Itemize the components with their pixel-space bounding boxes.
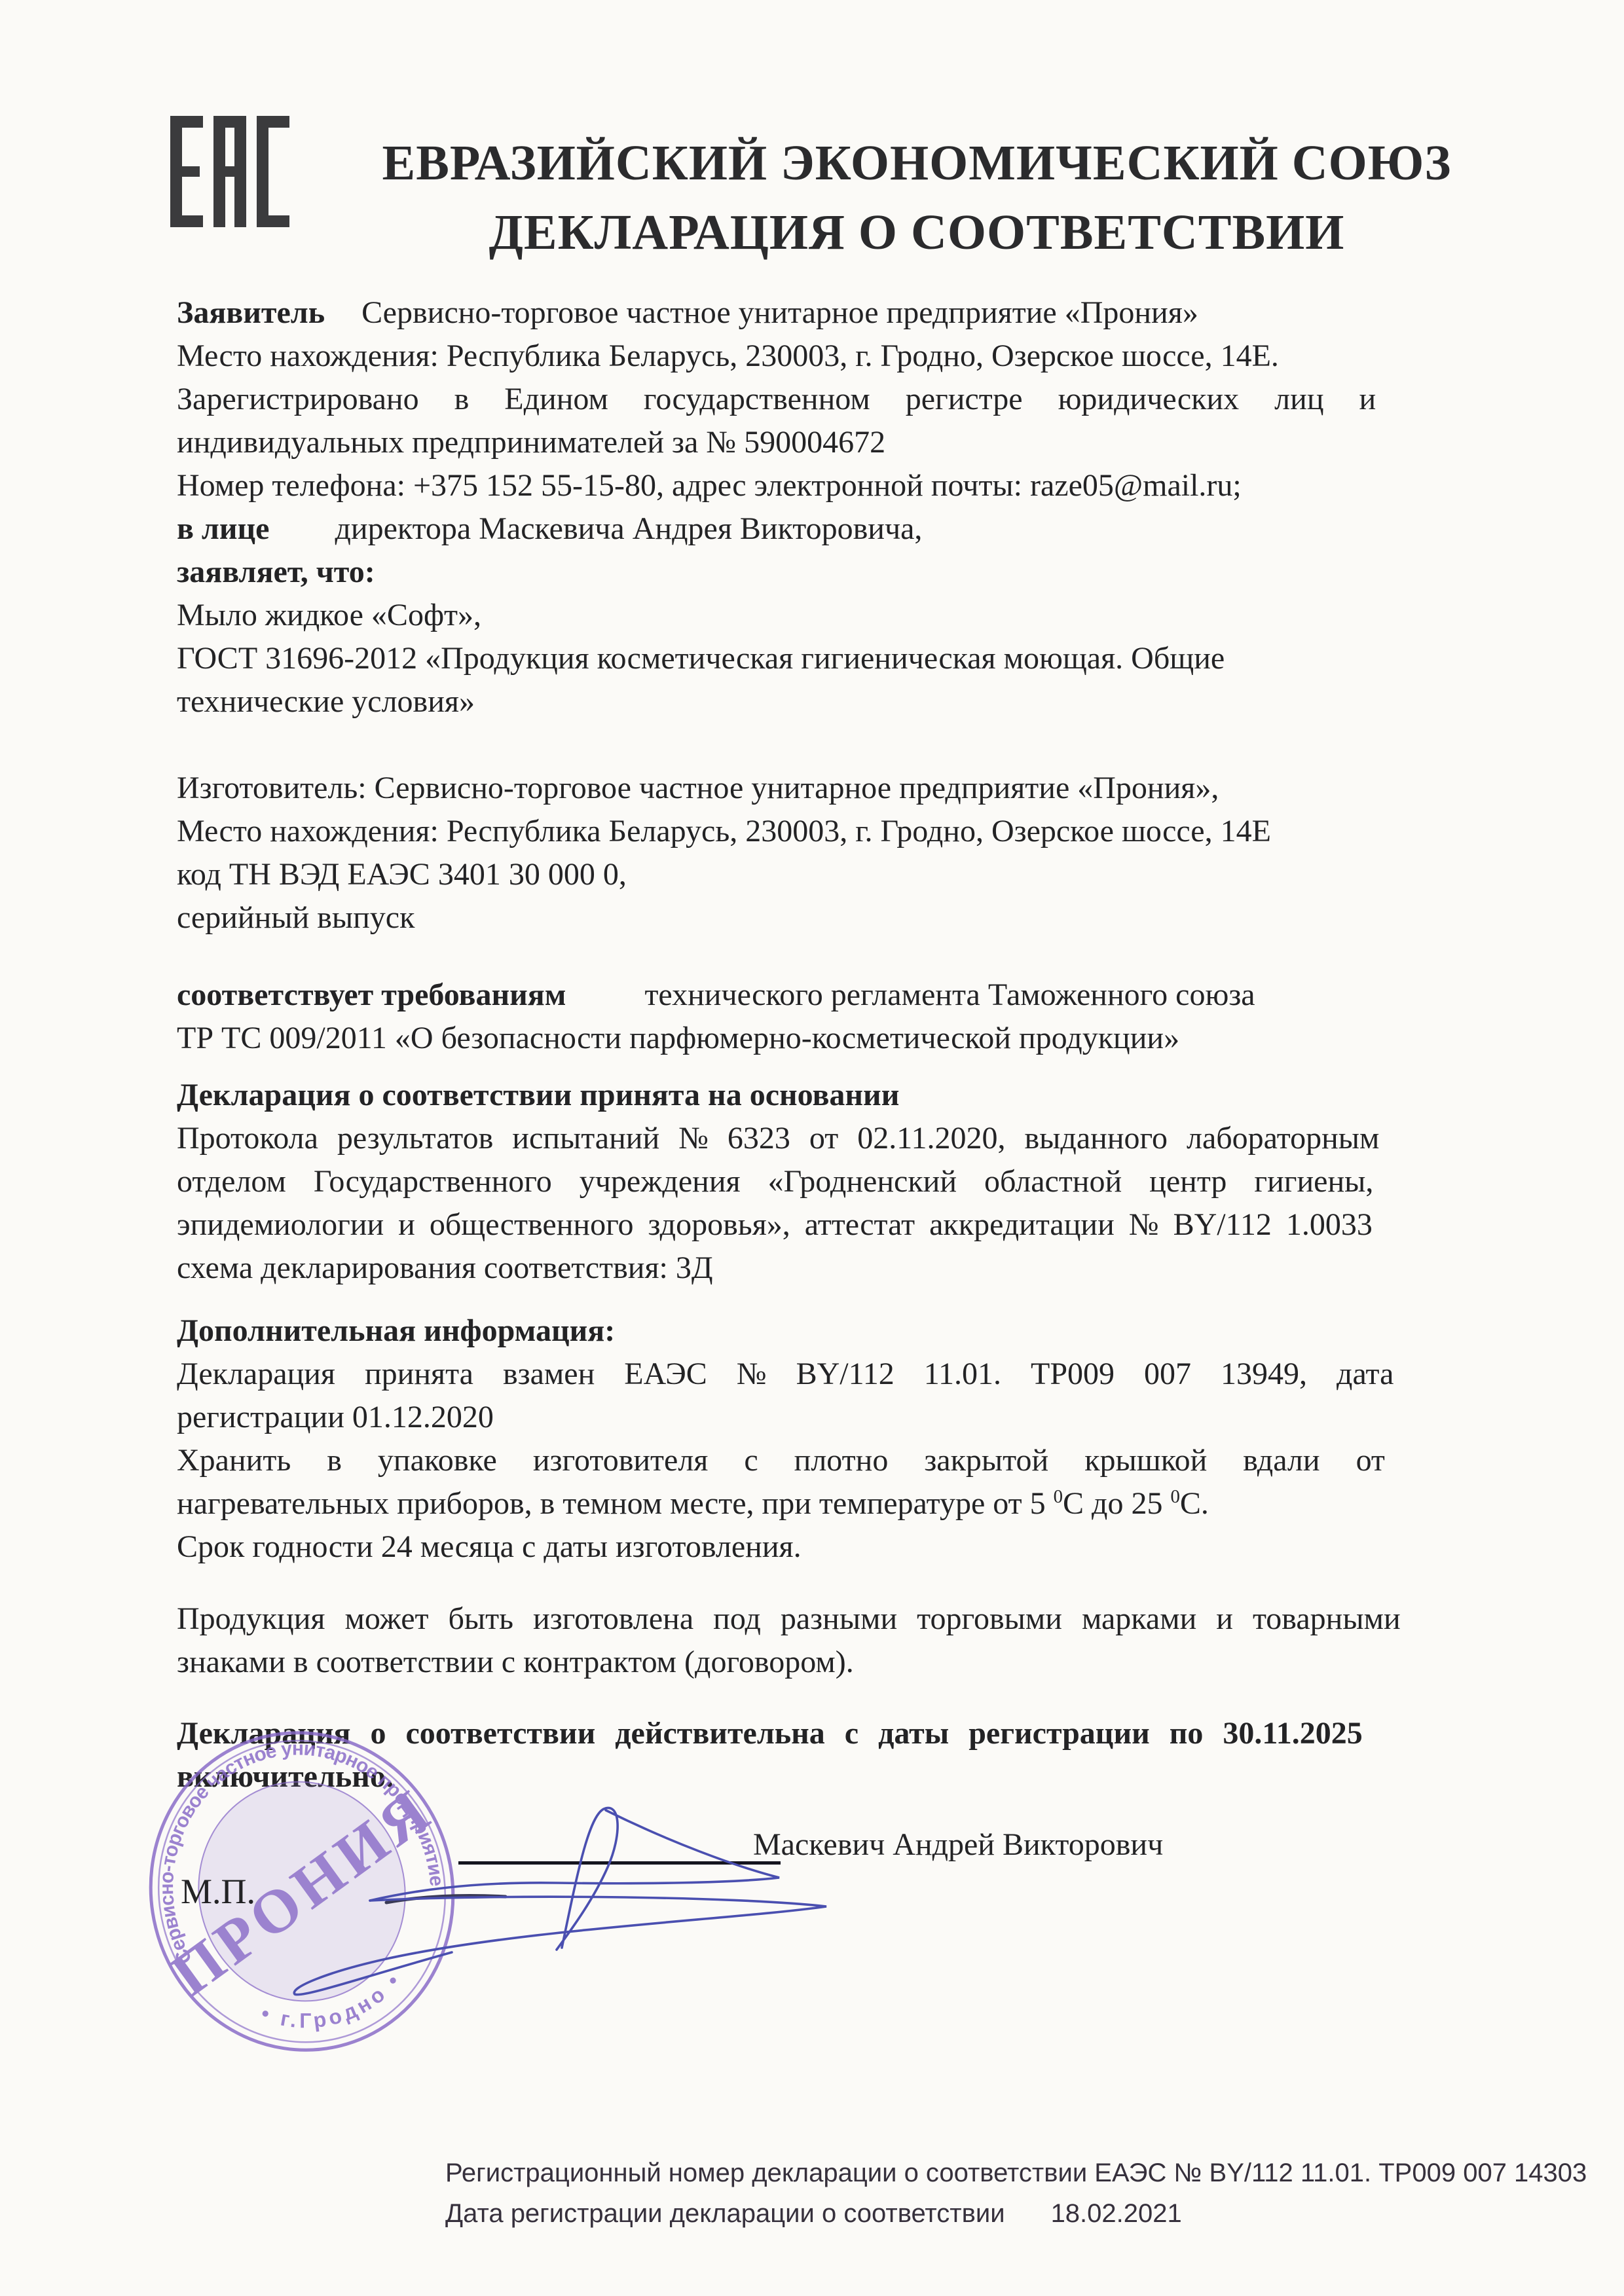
conform-value: технического регламента Таможенного союз… xyxy=(644,977,1255,1012)
additional-line-2: регистрации 01.12.2020 xyxy=(177,1396,1493,1439)
storage-line-2-text-3: С. xyxy=(1180,1486,1209,1521)
registry-line-2: индивидуальных предпринимателей за № 590… xyxy=(177,421,1493,464)
basis-line-3: эпидемиологии и общественного здоровья»,… xyxy=(177,1203,1493,1247)
stamp-place-label: М.П. xyxy=(181,1871,255,1912)
applicant-section: ЗаявительСервисно-торговое частное унита… xyxy=(177,291,1493,723)
registry-line-1: Зарегистрировано в Едином государственно… xyxy=(177,378,1493,421)
applicant-name: Сервисно-торговое частное унитарное пред… xyxy=(361,295,1198,330)
shelf-life-line: Срок годности 24 месяца с даты изготовле… xyxy=(177,1525,1493,1569)
registration-date-label: Дата регистрации декларации о соответств… xyxy=(445,2199,1005,2228)
basis-heading: Декларация о соответствии принята на осн… xyxy=(177,1074,1493,1117)
basis-line-4: схема декларирования соответствия: 3Д xyxy=(177,1247,1493,1290)
basis-section: Декларация о соответствии принята на осн… xyxy=(177,1074,1493,1290)
in-person-line: в лицедиректора Маскевича Андрея Викторо… xyxy=(177,507,1493,551)
in-person-label: в лице xyxy=(177,511,269,546)
conform-line-2: ТР ТС 009/2011 «О безопасности парфюмерн… xyxy=(177,1017,1493,1060)
additional-line-1: Декларация принята взамен ЕАЭС № BY/112 … xyxy=(177,1353,1493,1396)
product-name-line: Мыло жидкое «Софт», xyxy=(177,594,1493,637)
in-person-value: директора Маскевича Андрея Викторовича, xyxy=(335,511,922,546)
applicant-label: Заявитель xyxy=(177,295,325,330)
storage-line-2-text-2: С до 25 xyxy=(1063,1486,1162,1521)
applicant-address: Место нахождения: Республика Беларусь, 2… xyxy=(177,335,1493,378)
trademark-line-1: Продукция может быть изготовлена под раз… xyxy=(177,1597,1493,1641)
manufacturer-line-4: серийный выпуск xyxy=(177,896,1493,939)
document-title: ЕВРАЗИЙСКИЙ ЭКОНОМИЧЕСКИЙ СОЮЗ ДЕКЛАРАЦИ… xyxy=(341,128,1493,267)
registration-number-line: Регистрационный номер декларации о соотв… xyxy=(445,2153,1587,2193)
degree-sup-1: 0 xyxy=(1054,1486,1063,1507)
storage-line-2: нагревательных приборов, в темном месте,… xyxy=(177,1482,1493,1525)
conformity-section: соответствует требованиямтехнического ре… xyxy=(177,974,1493,1060)
product-gost-line-1: ГОСТ 31696-2012 «Продукция косметическая… xyxy=(177,637,1493,680)
degree-sup-2: 0 xyxy=(1170,1486,1179,1507)
manufacturer-section: Изготовитель: Сервисно-торговое частное … xyxy=(177,767,1493,939)
storage-line-2-text: нагревательных приборов, в темном месте,… xyxy=(177,1486,1046,1521)
trademark-line-2: знаками в соответствии с контрактом (дог… xyxy=(177,1641,1493,1684)
basis-line-1: Протокола результатов испытаний № 6323 о… xyxy=(177,1117,1493,1160)
manufacturer-line-2: Место нахождения: Республика Беларусь, 2… xyxy=(177,810,1493,853)
product-gost-line-2: технические условия» xyxy=(177,680,1493,723)
basis-line-2: отделом Государственного учреждения «Гро… xyxy=(177,1160,1493,1203)
registration-footer: Регистрационный номер декларации о соотв… xyxy=(445,2153,1587,2234)
trademark-section: Продукция может быть изготовлена под раз… xyxy=(177,1597,1493,1684)
conform-label: соответствует требованиям xyxy=(177,977,566,1012)
registration-date-line: Дата регистрации декларации о соответств… xyxy=(445,2193,1587,2234)
applicant-line: ЗаявительСервисно-торговое частное унита… xyxy=(177,291,1493,335)
manufacturer-line-3: код ТН ВЭД ЕАЭС 3401 30 000 0, xyxy=(177,853,1493,896)
manufacturer-line-1: Изготовитель: Сервисно-торговое частное … xyxy=(177,767,1493,810)
signature-scribble xyxy=(249,1768,871,2016)
storage-line-1: Хранить в упаковке изготовителя с плотно… xyxy=(177,1439,1493,1482)
additional-info-section: Дополнительная информация: Декларация пр… xyxy=(177,1309,1493,1569)
declares-label: заявляет, что: xyxy=(177,551,1493,594)
title-line-2: ДЕКЛАРАЦИЯ О СООТВЕТСТВИИ xyxy=(341,198,1493,267)
contacts-line: Номер телефона: +375 152 55-15-80, адрес… xyxy=(177,464,1493,507)
eac-logo-icon xyxy=(170,115,289,228)
title-line-1: ЕВРАЗИЙСКИЙ ЭКОНОМИЧЕСКИЙ СОЮЗ xyxy=(341,128,1493,198)
registration-date-value: 18.02.2021 xyxy=(1051,2199,1182,2228)
conform-line-1: соответствует требованиямтехнического ре… xyxy=(177,974,1493,1017)
declaration-document-page: ЕВРАЗИЙСКИЙ ЭКОНОМИЧЕСКИЙ СОЮЗ ДЕКЛАРАЦИ… xyxy=(0,0,1624,2296)
additional-heading: Дополнительная информация: xyxy=(177,1309,1493,1353)
